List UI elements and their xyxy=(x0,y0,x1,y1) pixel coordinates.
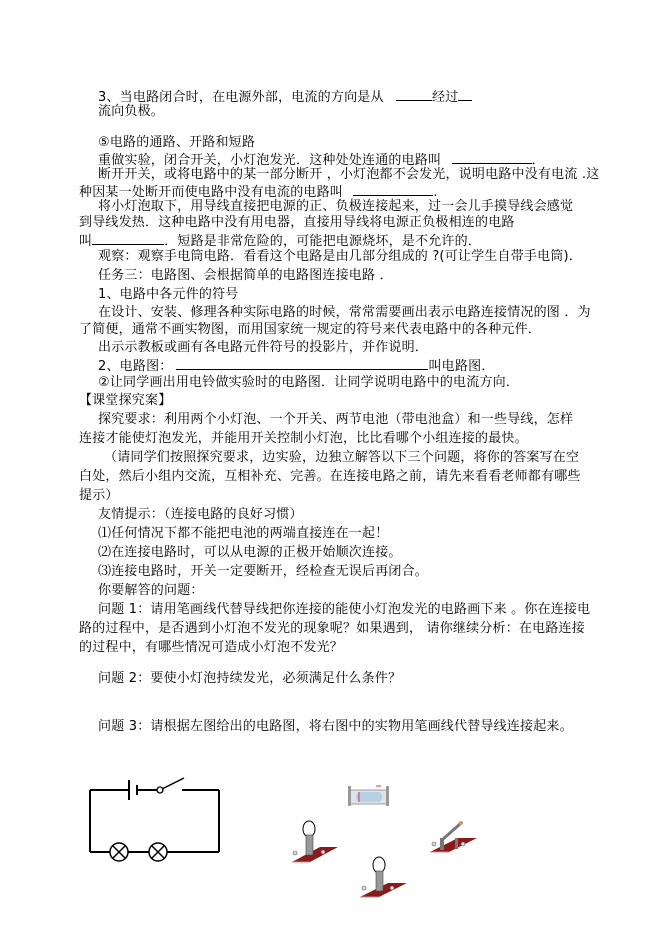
paragraph: 在设计、安装、修理各种实际电路的时候，常常需要画出表示电路连接情况的图 ．为 xyxy=(98,305,591,321)
paragraph: 出示示教板或画有各电路元件符号的投影片，并作说明． xyxy=(98,340,428,356)
tip-item: ⑶连接电路时，开关一定要断开，经检查无误后再闭合。 xyxy=(98,564,428,580)
text: 2、电路图： xyxy=(98,359,172,374)
text: 叫 xyxy=(79,234,92,249)
question-1-cont: 的过程中，有哪些情况可造成小灯泡不发光？ xyxy=(79,640,343,656)
text: 重做实验，闭合开关，小灯泡发光．这种处处连通的电路叫 xyxy=(98,153,441,168)
blank xyxy=(353,183,433,196)
lamp-on-base-icon xyxy=(360,857,407,897)
tip-item: ⑴任何情况下都不能把电池的两端直接连在一起！ xyxy=(98,526,388,542)
paragraph: （请同学们按照探究要求，边实验，边独立解答以下三个问题，将你的答案写在空 xyxy=(104,450,579,466)
question-1: 问题 1：请用笔画线代替导线把你连接的能使小灯泡发光的电路画下来 。你在连接电 xyxy=(98,602,590,618)
q3-line2: 流向负极。 xyxy=(98,104,164,120)
text: 种因某一处断开而使电路中没有电流的电路叫 xyxy=(79,185,343,200)
questions-title: 你要解答的问题： xyxy=(98,583,204,599)
tip-item: ⑵在连接电路时，可以从电源的正极开始顺次连接。 xyxy=(98,545,402,561)
paragraph: ②让同学画出用电铃做实验时的电路图．让同学说明电路中的电流方向． xyxy=(98,375,519,391)
question-1-cont: 路的过程中，是否遇到小灯泡不发光的现象呢？如果遇到， 请你继续分析：在电路连接 xyxy=(79,621,585,637)
blank xyxy=(176,357,428,370)
question-3: 问题 3：请根据左图给出的电路图，将右图中的实物用笔画线代替导线连接起来。 xyxy=(98,719,573,735)
paragraph: 了简便，通常不画实物图，而用国家统一规定的符号来代表电路中的各种元件． xyxy=(79,322,541,338)
blank xyxy=(92,232,164,245)
paragraph: 连接才能使灯泡发光，并能用开关控制小灯泡，比比看哪个小组连接的最快。 xyxy=(79,431,528,447)
task-three: 任务三：电路图、会根据简单的电路图连接电路 ． xyxy=(98,268,393,284)
lamp-icon xyxy=(110,843,128,861)
paragraph: 到导线发热．这种电路中没有用电器，直接用导线将电源正负极相连的电路 xyxy=(79,215,515,231)
section-title-inquiry: 【课堂探究案】 xyxy=(79,393,171,409)
knife-switch-icon xyxy=(430,821,477,852)
section-title-circuit-types: ⑤电路的通路、开路和短路 xyxy=(98,135,255,151)
lamp-icon xyxy=(149,843,167,861)
paragraph: 探究要求：利用两个小灯泡、一个开关、两节电池（带电池盒）和一些导线，怎样 xyxy=(98,412,573,428)
paragraph: 白处，然后小组内交流，互相补充、完善。在连接电路之前，请先来看看老师都有哪些 xyxy=(79,469,581,485)
blank xyxy=(458,88,472,101)
text: 经过 xyxy=(432,90,458,105)
paragraph: 提示） xyxy=(79,488,119,504)
text: 叫电路图． xyxy=(428,359,494,374)
circuit-diagram xyxy=(85,775,225,867)
paragraph: 叫．短路是非常危险的，可能把电源烧坏，是不允许的． xyxy=(79,232,481,250)
question-2: 问题 2：要使小灯泡持续发光，必须满足什么条件？ xyxy=(98,671,401,687)
subheading: 1、电路中各元件的符号 xyxy=(98,287,238,303)
paragraph: 断开开关，或将电路中的某一部分断开 ，小灯泡都不会发光，说明电路中没有电流 .这 xyxy=(98,167,599,183)
paragraph: 将小灯泡取下，用导线直接把电源的正、负极连接起来，过一会儿手摸导线会感觉 xyxy=(98,199,573,215)
text: ．短路是非常危险的，可能把电源烧坏，是不允许的． xyxy=(164,234,481,249)
blank xyxy=(396,88,432,101)
text: 3、当电路闭合时，在电源外部，电流的方向是从 xyxy=(98,90,384,105)
battery-box-icon xyxy=(348,786,389,806)
tips-title: 友情提示：（连接电路的良好习惯） xyxy=(98,507,303,523)
text: . xyxy=(433,185,437,200)
physical-components xyxy=(290,780,490,910)
paragraph: 观察：观察手电筒电路．看看这个电路是由几部分组成的 ?(可让学生自带手电筒)． xyxy=(98,249,582,265)
subheading: 2、电路图：叫电路图． xyxy=(98,357,495,375)
text: ． xyxy=(532,153,545,168)
lamp-on-base-icon xyxy=(292,821,338,862)
blank xyxy=(452,151,532,164)
